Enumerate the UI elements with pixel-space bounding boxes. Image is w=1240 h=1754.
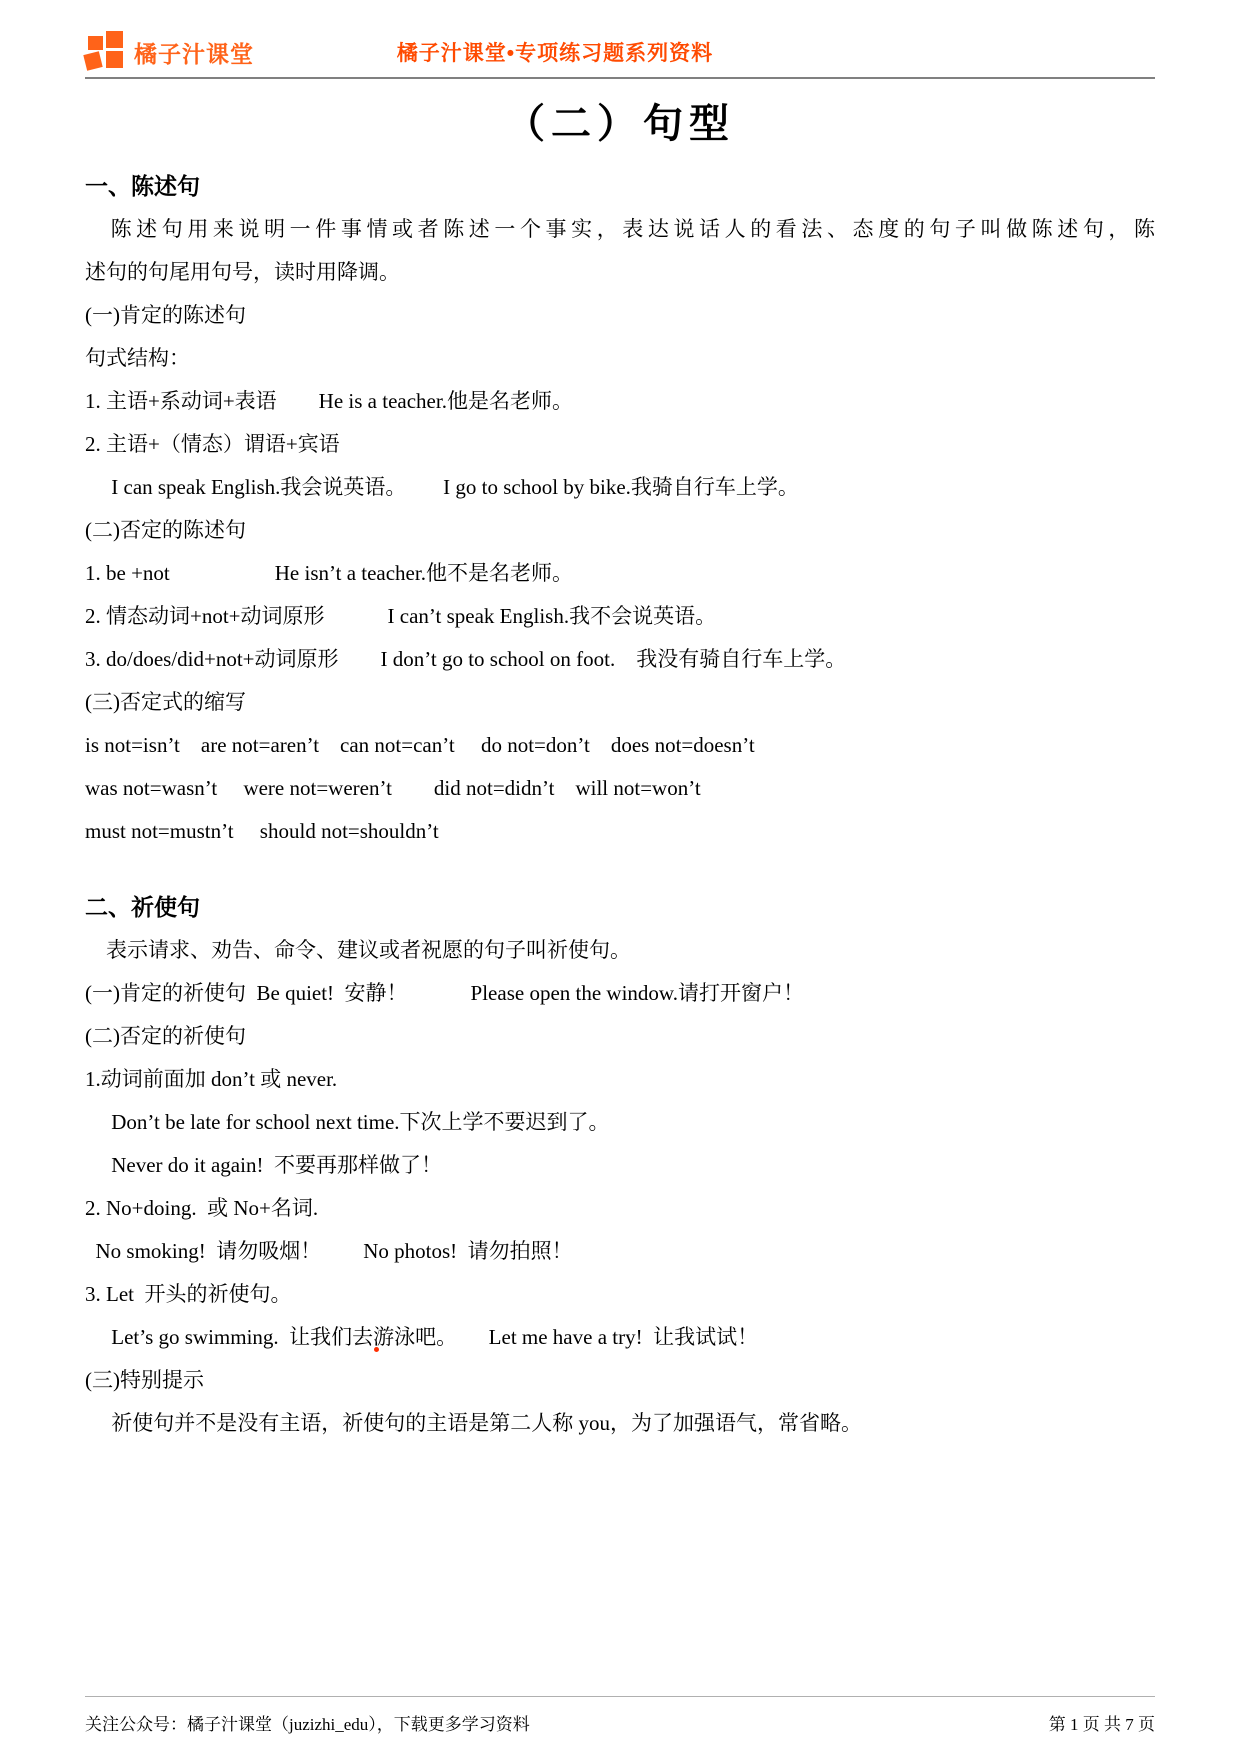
page-header: 橘子汁课堂 橘子汁课堂•专项练习题系列资料 <box>0 0 1240 79</box>
text-line: Never do it again! 不要再那样做了！ <box>85 1144 1155 1187</box>
text-line: 1. 主语+系动词+表语 He is a teacher.他是名老师。 <box>85 380 1155 423</box>
text-line: (三)否定式的缩写 <box>85 681 1155 724</box>
text-line: (二)否定的祈使句 <box>85 1015 1155 1058</box>
text-line: was not=wasn’t were not=weren’t did not=… <box>85 767 1155 810</box>
text-line: 1.动词前面加 don’t 或 never. <box>85 1058 1155 1101</box>
document-body: 一、陈述句 陈述句用来说明一件事情或者陈述一个事实，表达说话人的看法、态度的句子… <box>0 153 1240 1445</box>
header-divider <box>85 77 1155 79</box>
text-line: 2. 情态动词+not+动词原形 I can’t speak English.我… <box>85 595 1155 638</box>
text-line: (一)肯定的陈述句 <box>85 294 1155 337</box>
text-line: Let’s go swimming. 让我们去游泳吧。 Let me have … <box>85 1316 1155 1359</box>
text-line: 3. Let 开头的祈使句。 <box>85 1273 1155 1316</box>
text-line: 述句的句尾用句号，读时用降调。 <box>85 251 1155 294</box>
page-title: （二）句型 <box>0 95 1240 153</box>
text-line: 陈述句用来说明一件事情或者陈述一个事实，表达说话人的看法、态度的句子叫做陈述句，… <box>85 208 1155 251</box>
text-line: Don’t be late for school next time.下次上学不… <box>85 1101 1155 1144</box>
text-line: is not=isn’t are not=aren’t can not=can’… <box>85 724 1155 767</box>
text-line: 1. be +not He isn’t a teacher.他不是名老师。 <box>85 552 1155 595</box>
text-line: (二)否定的陈述句 <box>85 509 1155 552</box>
text-line: 2. No+doing. 或 No+名词. <box>85 1187 1155 1230</box>
text-line: I can speak English.我会说英语。 I go to schoo… <box>85 466 1155 509</box>
document-page: 橘子汁课堂 橘子汁课堂•专项练习题系列资料 （二）句型 一、陈述句 陈述句用来说… <box>0 0 1240 1754</box>
header-banner: 橘子汁课堂•专项练习题系列资料 <box>20 37 1090 67</box>
text-line: must not=mustn’t should not=shouldn’t <box>85 810 1155 853</box>
text-line: 祈使句并不是没有主语，祈使句的主语是第二人称 you，为了加强语气，常省略。 <box>85 1402 1155 1445</box>
text-line: 2. 主语+（情态）谓语+宾语 <box>85 423 1155 466</box>
header-row: 橘子汁课堂 橘子汁课堂•专项练习题系列资料 <box>85 28 1155 76</box>
footer-note: 关注公众号：橘子汁课堂（juzizhi_edu），下载更多学习资料 <box>85 1710 530 1735</box>
page-number: 第 1 页 共 7 页 <box>1049 1710 1155 1735</box>
text-line: (三)特别提示 <box>85 1359 1155 1402</box>
text-line: No smoking! 请勿吸烟！ No photos! 请勿拍照！ <box>85 1230 1155 1273</box>
text-line: (一)肯定的祈使句 Be quiet! 安静！ Please open the … <box>85 972 1155 1015</box>
spellcheck-dot-artifact <box>374 1347 379 1352</box>
text-line: 句式结构： <box>85 337 1155 380</box>
page-footer: 关注公众号：橘子汁课堂（juzizhi_edu），下载更多学习资料 第 1 页 … <box>85 1696 1155 1735</box>
text-line: 3. do/does/did+not+动词原形 I don’t go to sc… <box>85 638 1155 681</box>
section-heading: 一、陈述句 <box>85 165 1155 208</box>
text-line: 表示请求、劝告、命令、建议或者祝愿的句子叫祈使句。 <box>85 929 1155 972</box>
section-heading: 二、祈使句 <box>85 886 1155 929</box>
